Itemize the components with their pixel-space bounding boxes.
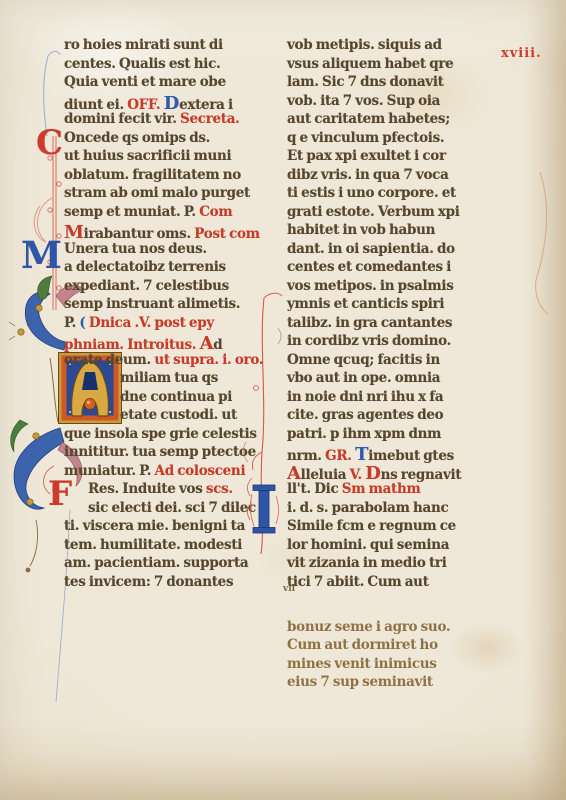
text-segment: que insola spe grie celestis (64, 426, 257, 442)
text-line: q e vinculum pfectois. (287, 130, 523, 149)
text-segment: Res. Induite vos (88, 481, 206, 497)
pen-flourish-right-margin (528, 168, 562, 320)
text-line: ti estis i uno corpore. et (287, 185, 523, 204)
text-segment: Com (199, 204, 232, 220)
text-line: orate deum. ut supra. i. oro. (64, 352, 283, 371)
text-segment: muniatur. P. (64, 463, 155, 479)
text-segment: Dnica .V. post epy (89, 315, 214, 331)
text-line: Oncede qs omips ds. (64, 130, 283, 149)
text-segment: P. (64, 315, 79, 331)
text-line: vsus aliquem habet qre (287, 56, 523, 75)
text-line: i. d. s. parabolam hanc (287, 500, 523, 519)
text-segment: dant. in oi sapientia. do (287, 241, 455, 257)
text-segment: vos metipos. in psalmis (287, 278, 454, 294)
text-line: vob. ita 7 vos. Sup oia (287, 93, 523, 112)
text-segment: Omne qcuq; facitis in (287, 352, 440, 368)
manuscript-leaf: xviii. (0, 0, 566, 800)
text-line: am. pacientiam. supporta (64, 555, 283, 574)
text-segment: in cordibz vris domino. (287, 333, 451, 349)
text-segment: ut supra. i. oro. (154, 352, 263, 368)
text-line: diunt ei. OFF. Dextera i (64, 93, 283, 112)
text-line: oblatum. fragilitatem no (64, 167, 283, 186)
text-segment: semp et muniat. P. (64, 204, 199, 220)
text-segment: expediant. 7 celestibus (64, 278, 229, 294)
text-segment: vit zizania in medio tri (287, 555, 447, 571)
text-line: habitet in vob habun (287, 222, 523, 241)
text-segment: Cum aut dormiret ho (287, 637, 438, 653)
text-segment: Simile fcm e regnum ce (287, 518, 456, 534)
text-line: cite. gras agentes deo (287, 407, 523, 426)
text-segment: lor homini. qui semina (287, 537, 449, 553)
text-segment: ll't. Dic (287, 481, 342, 497)
text-line: miliam tua qs (64, 370, 283, 389)
text-line: tici 7 abiit. Cum aut (287, 574, 523, 593)
text-line: etate custodi. ut (64, 407, 283, 426)
text-line: mines venit inimicus (287, 656, 523, 675)
text-segment: eius 7 sup seminavit (287, 674, 433, 690)
text-line: talibz. in gra cantantes (287, 315, 523, 334)
text-line: dibz vris. in qua 7 voca (287, 167, 523, 186)
text-segment: talibz. in gra cantantes (287, 315, 452, 331)
text-segment: dne continua pi (120, 389, 232, 405)
text-segment: grati estote. Verbum xpi (287, 204, 460, 220)
text-segment: orate deum. (64, 352, 154, 368)
text-line: vit zizania in medio tri (287, 555, 523, 574)
text-segment: miliam tua qs (120, 370, 218, 386)
text-segment: Ad colosceni (155, 463, 246, 479)
text-line: a delectatoibz terrenis (64, 259, 283, 278)
text-line: muniatur. P. Ad colosceni (64, 463, 283, 482)
text-line: Omne qcuq; facitis in (287, 352, 523, 371)
text-line: centes et comedantes i (287, 259, 523, 278)
text-segment: scs. (206, 481, 233, 497)
text-segment: in noie dni nri ihu x fa (287, 389, 443, 405)
text-line: que insola spe grie celestis (64, 426, 283, 445)
text-segment: Et pax xpi exultet i cor (287, 148, 446, 164)
text-segment: sic electi dei. sci 7 dilec (88, 500, 256, 516)
text-segment: Quia venti et mare obe (64, 74, 226, 90)
text-line: semp instruant alimetis. (64, 296, 283, 315)
text-line: in cordibz vris domino. (287, 333, 523, 352)
text-segment: stram ab omi malo purget (64, 185, 250, 201)
text-segment: tem. humilitate. modesti (64, 537, 242, 553)
text-segment: oblatum. fragilitatem no (64, 167, 241, 183)
left-text-column: C M F ro hoies mirati sunt dicentes. Qua… (64, 37, 283, 777)
text-line: vos metipos. in psalmis (287, 278, 523, 297)
text-line: phniam. Introitus. Ad (64, 333, 283, 352)
text-line: grati estote. Verbum xpi (287, 204, 523, 223)
text-segment: ti. viscera mie. benigni ta (64, 518, 245, 534)
text-line: eius 7 sup seminavit (287, 674, 523, 693)
drop-cap-initial-C: C (36, 126, 63, 160)
right-text-column: vll vob metipis. siquis advsus aliquem h… (287, 37, 523, 777)
text-segment: ro hoies mirati sunt di (64, 37, 223, 53)
text-line: vob metipis. siquis ad (287, 37, 523, 56)
text-segment: ( (79, 315, 89, 331)
text-segment: etate custodi. ut (120, 407, 237, 423)
text-segment: domini fecit vir. (64, 111, 180, 127)
text-line: expediant. 7 celestibus (64, 278, 283, 297)
text-segment: tici 7 abiit. Cum aut (287, 574, 429, 590)
text-segment: ut huius sacrificii muni (64, 148, 231, 164)
text-line: centes. Qualis est hic. (64, 56, 283, 75)
text-line: P. ( Dnica .V. post epy (64, 315, 283, 334)
text-line: bonuz seme i agro suo. (287, 619, 523, 638)
text-segment: lam. Sic 7 dns donavit (287, 74, 444, 90)
text-segment: mines venit inimicus (287, 656, 437, 672)
text-segment: vob metipis. siquis ad (287, 37, 442, 53)
text-line: Quia venti et mare obe (64, 74, 283, 93)
text-line: lor homini. qui semina (287, 537, 523, 556)
text-line: semp et muniat. P. Com (64, 204, 283, 223)
text-line: dne continua pi (64, 389, 283, 408)
text-line: vbo aut in ope. omnia (287, 370, 523, 389)
text-line: domini fecit vir. Secreta. (64, 111, 283, 130)
text-segment: vbo aut in ope. omnia (287, 370, 440, 386)
text-line: tes invicem: 7 donantes (64, 574, 283, 593)
text-segment: patri. p ihm xpm dnm (287, 426, 441, 442)
text-segment: Sm mathm (342, 481, 421, 497)
text-segment: ymnis et canticis spiri (287, 296, 444, 312)
text-segment: tes invicem: 7 donantes (64, 574, 233, 590)
text-segment: semp instruant alimetis. (64, 296, 240, 312)
text-line: ut huius sacrificii muni (64, 148, 283, 167)
text-line: Et pax xpi exultet i cor (287, 148, 523, 167)
text-line: lam. Sic 7 dns donavit (287, 74, 523, 93)
text-segment: dibz vris. in qua 7 voca (287, 167, 449, 183)
text-line: ymnis et canticis spiri (287, 296, 523, 315)
text-segment: ti estis i uno corpore. et (287, 185, 456, 201)
text-segment: vob. ita 7 vos. Sup oia (287, 93, 440, 109)
text-line: nrm. GR. Timebut gtes (287, 444, 523, 463)
text-line: Unera tua nos deus. (64, 241, 283, 260)
drop-cap-initial-I (249, 483, 279, 535)
text-line: Mirabantur oms. Post com (64, 222, 283, 241)
text-segment: Oncede qs omips ds. (64, 130, 210, 146)
text-line: ll't. Dic Sm mathm (287, 481, 523, 500)
text-line: stram ab omi malo purget (64, 185, 283, 204)
text-segment: centes et comedantes i (287, 259, 451, 275)
text-segment: am. pacientiam. supporta (64, 555, 248, 571)
text-segment: q e vinculum pfectois. (287, 130, 444, 146)
text-segment: Secreta. (180, 111, 240, 127)
text-line: tem. humilitate. modesti (64, 537, 283, 556)
text-line: aut caritatem habetes; (287, 111, 523, 130)
text-segment: cite. gras agentes deo (287, 407, 443, 423)
text-segment: vsus aliquem habet qre (287, 56, 453, 72)
text-line: ro hoies mirati sunt di (64, 37, 283, 56)
text-segment: a delectatoibz terrenis (64, 259, 226, 275)
text-line: Alleluia V. Dns regnavit (287, 463, 523, 482)
text-line: patri. p ihm xpm dnm (287, 426, 523, 445)
text-line: in noie dni nri ihu x fa (287, 389, 523, 408)
text-segment: centes. Qualis est hic. (64, 56, 220, 72)
text-segment: habitet in vob habun (287, 222, 435, 238)
text-segment: bonuz seme i agro suo. (287, 619, 450, 635)
text-line: Simile fcm e regnum ce (287, 518, 523, 537)
text-segment: i. d. s. parabolam hanc (287, 500, 448, 516)
drop-cap-initial-M: M (21, 237, 62, 274)
text-segment: innititur. tua semp ptectoe (64, 444, 256, 460)
text-segment: Unera tua nos deus. (64, 241, 207, 257)
text-line: Cum aut dormiret ho (287, 637, 523, 656)
text-line: dant. in oi sapientia. do (287, 241, 523, 260)
text-line: innititur. tua semp ptectoe (64, 444, 283, 463)
text-segment: aut caritatem habetes; (287, 111, 450, 127)
